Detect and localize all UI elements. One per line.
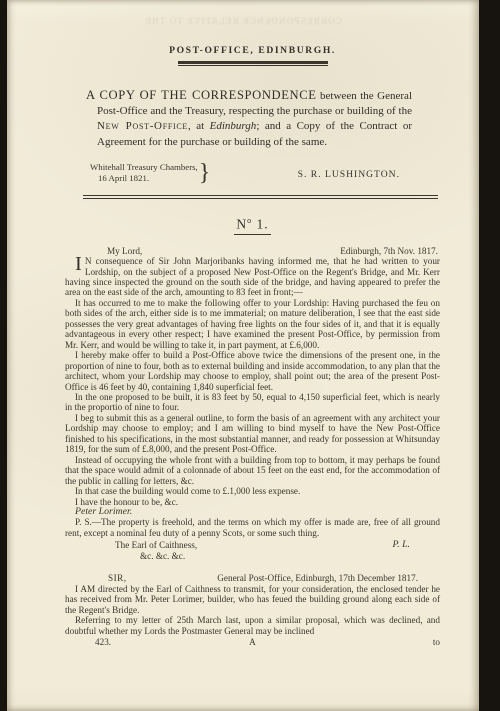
letter1-paragraph-7: In that case the building would come to … <box>65 486 440 496</box>
gathering-signature-mark: A <box>65 637 440 647</box>
brace-glyph: } <box>199 162 211 184</box>
treasury-signature: S. R. LUSHINGTON. <box>298 162 400 180</box>
letter1-dateline: Edinburgh, 7th Nov. 1817. <box>340 246 438 256</box>
page-footer: 423. A to <box>65 637 440 649</box>
title-smallcaps: New Post-Office <box>97 120 188 132</box>
title-seg2: , at <box>188 120 210 132</box>
treasury-place-date: Whitehall Treasury Chambers, 16 April 18… <box>90 162 210 184</box>
title-place: Edinburgh <box>210 120 257 132</box>
letter1-paragraph-3: I hereby make offer to build a Post-Offi… <box>65 350 440 392</box>
letter1-postscript: P. S.—The property is freehold, and the … <box>65 517 440 538</box>
document-title: A COPY OF THE CORRESPONDENCE between the… <box>86 88 412 150</box>
addressee-etc: &c. &c. &c. <box>140 551 440 561</box>
dropcap-letter: I <box>75 256 85 273</box>
letterhead: POST-OFFICE, EDINBURGH. <box>65 46 440 56</box>
letter2-dateline: General Post-Office, Edinburgh, 17th Dec… <box>217 573 418 583</box>
title-lead: A COPY OF THE CORRESPONDENCE <box>86 88 317 102</box>
treasury-place: Whitehall Treasury Chambers, <box>90 162 198 173</box>
letter2-salutation: SIR, <box>108 573 127 583</box>
section-divider-rule <box>83 195 438 199</box>
letter1-addressee: The Earl of Caithness, P. L. <box>65 540 440 550</box>
letter1-signature: Peter Lorimer. <box>65 507 440 517</box>
section-number-underline <box>234 234 271 235</box>
letter1-greeting: My Lord, Edinburgh, 7th Nov. 1817. <box>65 246 440 256</box>
page-content: POST-OFFICE, EDINBURGH. A COPY OF THE CO… <box>65 0 440 649</box>
letter2-greeting: SIR, General Post-Office, Edinburgh, 17t… <box>65 573 440 583</box>
postscript-initials: P. L. <box>392 540 410 550</box>
treasury-date: 16 April 1821. <box>98 173 198 184</box>
treasury-dateline: Whitehall Treasury Chambers, 16 April 18… <box>90 162 400 184</box>
letter1-paragraph-2: It has occurred to me to make the follow… <box>65 298 440 350</box>
addressee-name: The Earl of Caithness, <box>115 540 197 550</box>
letter1-paragraph-1: IN consequence of Sir John Marjoribanks … <box>65 256 440 298</box>
letter1-paragraph-6: Instead of occupying the whole front wit… <box>65 455 440 486</box>
catchword: to <box>433 637 440 647</box>
letter1-paragraph-4: In the one proposed to be built, it is 8… <box>65 392 440 413</box>
letter2-paragraph-2: Referring to my letter of 25th March las… <box>65 615 440 636</box>
letter1-salutation: My Lord, <box>107 246 142 256</box>
letter2-paragraph-1: I AM directed by the Earl of Caithness t… <box>65 584 440 615</box>
section-number: No 1. <box>65 216 440 230</box>
letter1-paragraph-5: I beg to submit this as a general outlin… <box>65 413 440 455</box>
scanned-page: CORRESPONDENCE RELATIVE TO THE POST-OFFI… <box>7 0 479 711</box>
letterhead-rule <box>178 61 328 66</box>
